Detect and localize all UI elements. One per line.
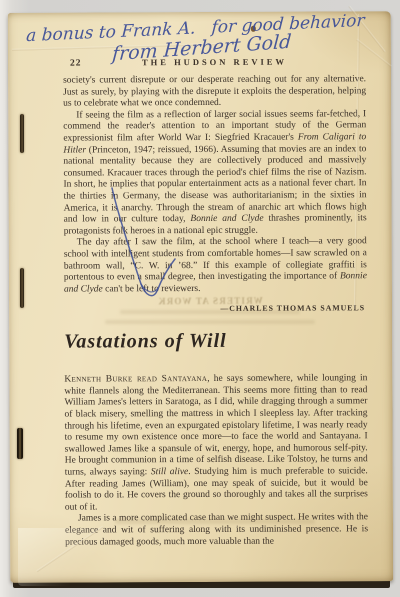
magazine-page: 22 THE HUDSON REVIEW society's current d… (8, 11, 393, 583)
paragraph: The day after I saw the film, at the sch… (64, 237, 367, 296)
paragraph: James is a more complicated case than we… (65, 513, 368, 549)
page-number: 22 (70, 59, 82, 69)
small-caps-leadin: Kenneth Burke read Santayana (64, 374, 207, 385)
paragraph-text: The day after I saw the film, at the sch… (64, 237, 367, 283)
paragraph-text: , he says somewhere, while lounging in w… (64, 374, 367, 478)
paragraph-text: James is a more complicated case than we… (65, 513, 368, 548)
paragraph: Kenneth Burke read Santayana, he says so… (64, 374, 368, 514)
staple (17, 428, 23, 459)
section-title: Vastations of Will (64, 330, 367, 354)
italic-phrase: Still alive (151, 467, 188, 477)
running-header: 22 THE HUDSON REVIEW (63, 56, 366, 70)
staple (20, 268, 24, 308)
author-byline: —CHARLES THOMAS SAMUELS (64, 304, 367, 314)
paragraph-text: society's current disrepute or our despe… (63, 74, 366, 109)
paragraph-text: (Princeton, 1947; reissued, 1966). Assum… (63, 144, 366, 225)
staple (20, 114, 24, 153)
scanned-page-photo: 22 THE HUDSON REVIEW society's current d… (0, 0, 400, 597)
page-content: 22 THE HUDSON REVIEW society's current d… (63, 56, 368, 549)
film-title-italic: Bonnie and Clyde (190, 214, 263, 224)
paragraph-continuation: society's current disrepute or our despe… (63, 74, 366, 110)
paragraph: If seeing the film as a reflection of la… (63, 109, 367, 238)
paragraph-text: can't be left to reviewers. (103, 284, 201, 294)
stain-spot (251, 26, 256, 32)
journal-title: THE HUDSON REVIEW (63, 56, 366, 67)
